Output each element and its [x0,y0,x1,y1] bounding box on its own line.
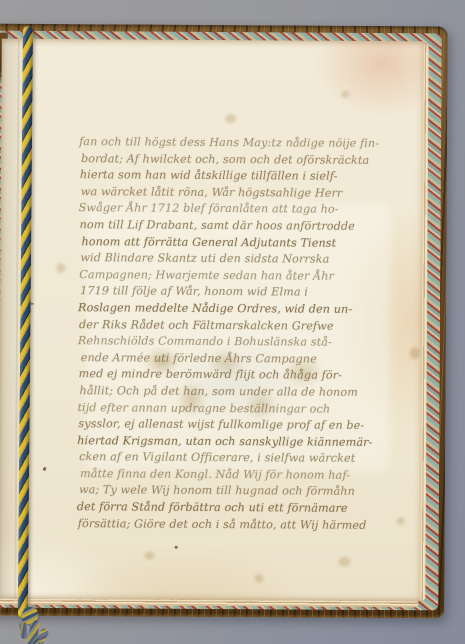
handwriting-line: wid Blindare Skantz uti den sidsta Norrs… [80,250,400,269]
handwriting-line: Swåger Åhr 1712 blef föranlåten att taga… [79,201,401,220]
ink-speck [42,466,47,471]
fox-spot [56,263,65,273]
fox-spot [145,552,155,560]
cord-tassel-strand [19,622,29,640]
handwriting-line: hiertad Krigsman, utan och sanskyllige k… [77,433,399,452]
fox-spot [410,347,420,359]
handwriting-line: 1719 till följe af Wår, honom wid Elma i [80,283,400,302]
handwriting-line: tijd efter annan updragne beställningar … [77,400,399,419]
handwriting-line: der Riks Rådet och Fältmarskalcken Grefw… [79,317,400,336]
manuscript-page: fan och till högst dess Hans May:tz nådi… [0,39,426,602]
handwriting-line: Campagnen; Hwarjemte sedan han åter Åhr [79,267,400,286]
fox-spot [254,574,263,582]
book: fan och till högst dess Hans May:tz nådi… [0,24,448,619]
handwriting-line: bordat; Af hwilcket och, som och det ofö… [81,151,401,170]
ink-speck [30,303,34,305]
handwriting-line: det förra Stånd förbättra och uti ett fö… [77,499,399,518]
handwriting-line: sysslor, ej allenast wijst fullkomlige p… [78,416,399,435]
handwriting-line: nom till Lif Drabant, samt där hoos anfö… [80,217,401,236]
handwriting-line: ende Armée uti förledne Åhrs Campagne [81,350,400,369]
handwriting-line: Roslagen meddelte Nådige Ordres, wid den… [78,300,400,319]
ink-speck [175,546,178,549]
fox-spot [225,114,236,123]
handwriting-line: honom att förrätta General Adjutants Tie… [81,234,400,253]
handwriting-line: wa; Ty wele Wij honom till hugnad och fö… [79,483,399,502]
handwriting-block: fan och till högst dess Hans May:tz nådi… [77,134,401,534]
handwriting-line: med ej mindre berömwärd flijt och åhåga … [79,366,400,385]
handwriting-line: cken af en Vigilant Officerare, i sielfw… [79,449,399,468]
handwriting-line: wa wärcket låtit röna, Wår högstsahlige … [81,184,401,203]
handwriting-line: fan och till högst dess Hans May:tz nådi… [79,134,401,153]
fox-spot [339,557,351,567]
fox-spot [341,91,349,98]
handwriting-line: Rehnschiölds Commando i Bohuslänska stå- [78,333,400,352]
handwriting-line: försättia; Giöre det och i så måtto, att… [78,516,399,535]
photo-background: fan och till högst dess Hans May:tz nådi… [0,0,465,644]
handwriting-line: måtte finna den Kongl. Nåd Wij för honom… [80,466,399,485]
handwriting-line: hållit; Och på det han, som under alla d… [80,383,400,402]
handwriting-line: hierta som han wid åtskillige tillfällen… [80,167,401,186]
